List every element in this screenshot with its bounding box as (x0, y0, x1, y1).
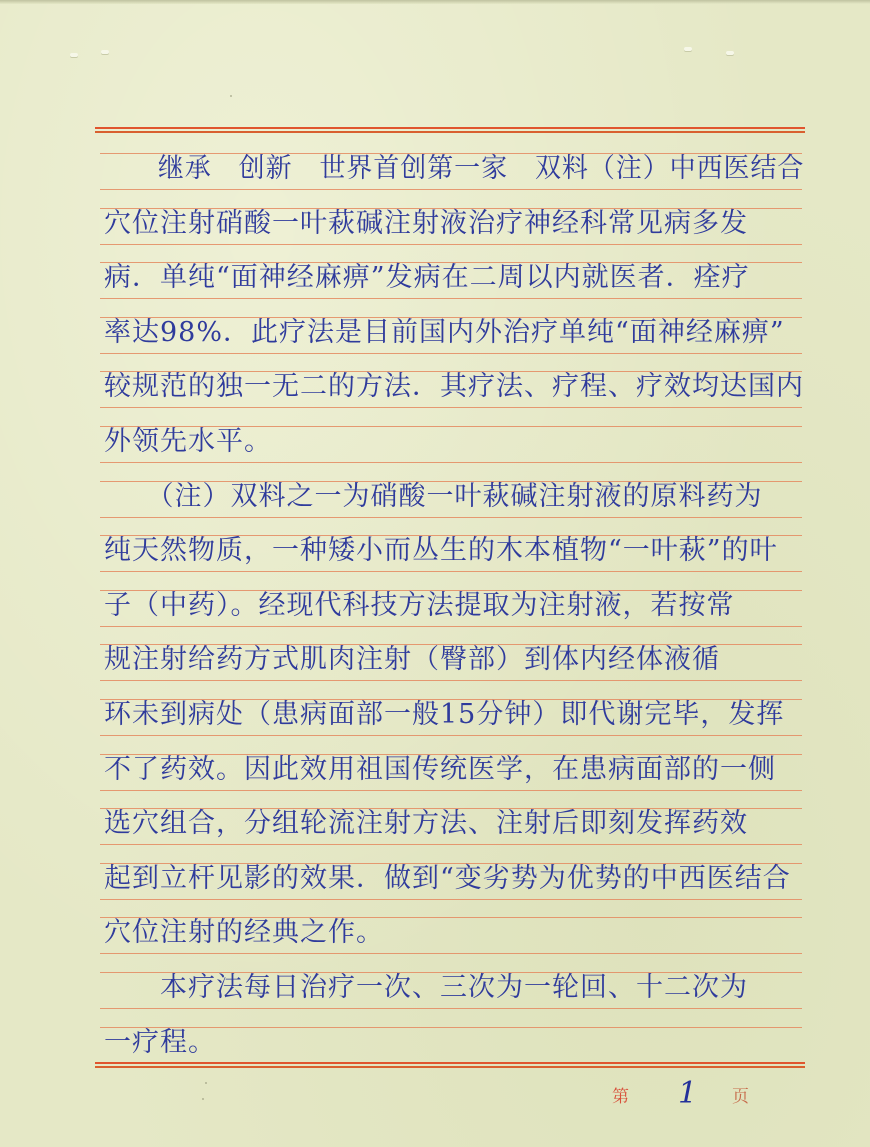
ruled-line (100, 244, 802, 245)
text-line-5: 较规范的独一无二的方法．其疗法、疗程、疗效均达国内 (104, 367, 804, 407)
text-line-7: （注）双料之一为硝酸一叶萩碱注射液的原料药为 (104, 477, 804, 517)
ruled-line (100, 626, 802, 627)
text-line-15: 穴位注射的经典之作。 (104, 913, 804, 953)
paper-top-edge (0, 0, 870, 4)
ruled-line (100, 899, 802, 900)
ruled-line (100, 571, 802, 572)
text-line-2: 穴位注射硝酸一叶萩碱注射液治疗神经科常见病多发 (104, 204, 804, 244)
text-line-1: 继承 创新 世界首创第一家 双料（注）中西医结合 (104, 149, 777, 189)
ruled-line (100, 353, 802, 354)
ruled-line (100, 680, 802, 681)
ruled-line (100, 844, 802, 845)
binding-hole-mark (101, 50, 109, 54)
text-line-11: 环未到病处（患病面部一般15分钟）即代谢完毕，发挥 (104, 695, 804, 735)
binding-hole-mark (70, 53, 78, 57)
ruled-line (100, 407, 802, 408)
text-line-10: 规注射给药方式肌肉注射（臀部）到体内经体液循 (104, 640, 804, 680)
page-number: 1 (678, 1076, 697, 1111)
text-line-12: 不了药效。因此效用祖国传统医学，在患病面部的一侧 (104, 750, 804, 790)
ruled-line (100, 1008, 802, 1009)
ruled-line (100, 790, 802, 791)
text-line-6: 外领先水平。 (104, 422, 804, 462)
text-line-9: 子（中药）。经现代科技方法提取为注射液，若按常 (104, 586, 804, 626)
binding-hole-mark (684, 47, 692, 51)
bottom-double-rule (95, 1062, 805, 1069)
ruled-line (100, 298, 802, 299)
text-line-14: 起到立杆见影的效果．做到“变劣势为优势的中西医结合 (104, 859, 804, 899)
page-number-footer: 第 1 页 (600, 1082, 800, 1112)
paper-speck (202, 1098, 204, 1100)
binding-hole-mark (726, 51, 734, 55)
text-line-13: 选穴组合，分组轮流注射方法、注射后即刻发挥药效 (104, 804, 804, 844)
text-line-3: 病．单纯“面神经麻痹”发病在二周以内就医者．痊疗 (104, 258, 804, 298)
ruled-line (100, 735, 802, 736)
ruled-line (100, 953, 802, 954)
page-prefix-label: 第 (612, 1082, 629, 1107)
text-line-4: 率达98%．此疗法是目前国内外治疗单纯“面神经麻痹” (104, 313, 804, 353)
top-double-rule (95, 127, 805, 134)
ruled-line (100, 462, 802, 463)
text-line-8: 纯天然物质，一种矮小而丛生的木本植物“一叶萩”的叶 (104, 531, 804, 571)
paper-speck (230, 95, 232, 97)
paper-speck (205, 1082, 207, 1084)
text-line-17: 一疗程。 (104, 1023, 804, 1063)
text-line-16: 本疗法每日治疗一次、三次为一轮回、十二次为 (104, 968, 804, 1008)
ruled-line (100, 517, 802, 518)
ruled-line (100, 189, 802, 190)
page-suffix-label: 页 (732, 1082, 749, 1107)
